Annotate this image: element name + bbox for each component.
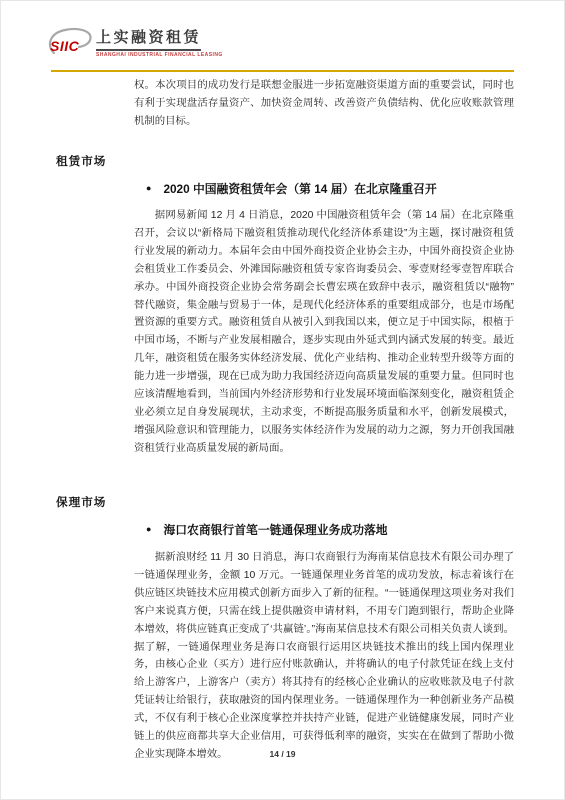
news-headline-factoring-text: 海口农商银行首笔一链通保理业务成功落地 <box>163 521 387 538</box>
company-name-cn: 上实融资租赁 <box>96 29 201 51</box>
company-name-en: SHANGHAI INDUSTRIAL FINANCIAL LEASING <box>96 52 223 58</box>
bullet-icon: ● <box>146 184 151 193</box>
company-logo: SIIC 上实融资租赁 SHANGHAI INDUSTRIAL FINANCIA… <box>45 25 223 59</box>
page-number: 14 / 19 <box>1 749 564 759</box>
news-headline-leasing-text: 2020 中国融资租赁年会（第 14 届）在北京隆重召开 <box>163 180 436 197</box>
document-page: SIIC 上实融资租赁 SHANGHAI INDUSTRIAL FINANCIA… <box>0 0 565 800</box>
news-headline-factoring: ● 海口农商银行首笔一链通保理业务成功落地 <box>146 521 388 538</box>
company-names: 上实融资租赁 SHANGHAI INDUSTRIAL FINANCIAL LEA… <box>96 25 223 58</box>
bullet-icon: ● <box>146 525 151 534</box>
section-title-factoring-market: 保理市场 <box>56 494 106 510</box>
news-body-leasing: 据网易新闻 12 月 4 日消息，2020 中国融资租赁年会（第 14 届）在北… <box>134 207 514 458</box>
news-headline-leasing: ● 2020 中国融资租赁年会（第 14 届）在北京隆重召开 <box>146 180 437 197</box>
siic-logo-text: SIIC <box>50 38 79 54</box>
section-title-leasing-market: 租赁市场 <box>56 153 106 169</box>
header-divider <box>51 70 514 72</box>
news-body-factoring: 据新浪财经 11 月 30 日消息，海口农商银行为海南某信息技术有限公司办理了一… <box>134 549 514 764</box>
siic-logo-icon: SIIC <box>45 25 93 59</box>
continuation-paragraph: 权。本次项目的成功发行是联想金服进一步拓宽融资渠道方面的重要尝试，同时也有利于实… <box>134 77 514 131</box>
